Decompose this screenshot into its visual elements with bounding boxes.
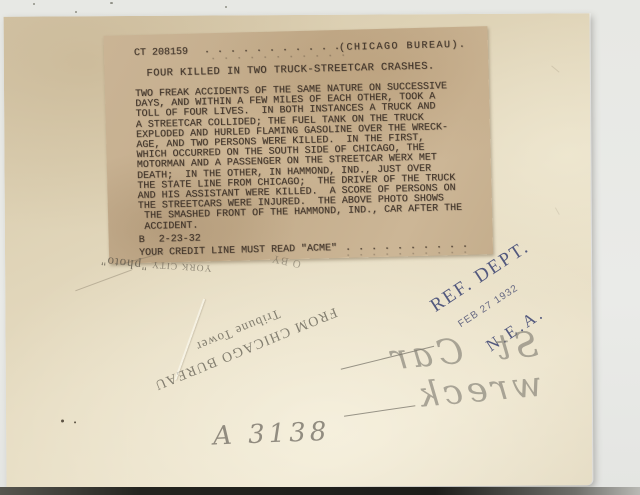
dust-speck xyxy=(225,6,227,8)
caption-label: CT 208159 . . . . . . . . . . . . . . . … xyxy=(104,26,494,264)
dust-speck xyxy=(75,11,77,13)
table-edge-shadow xyxy=(0,487,640,495)
catalog-number: A 3138 xyxy=(213,417,331,452)
caption-headline: FOUR KILLED IN TWO TRUCK-STREETCAR CRASH… xyxy=(146,61,434,80)
credit-dots-echo: . . . . . . . . . . xyxy=(345,246,469,260)
credit-instruction: YOUR CREDIT LINE MUST READ "ACME" xyxy=(139,243,337,259)
paper-scuff xyxy=(555,207,560,214)
paper-scuff xyxy=(551,65,559,72)
paper-crease xyxy=(75,269,132,291)
dust-speck xyxy=(110,2,113,4)
file-letter: B xyxy=(139,235,145,246)
dust-speck xyxy=(33,3,35,5)
photo-id-number: CT 208159 xyxy=(134,47,188,59)
paper-blemish xyxy=(61,419,64,422)
caption-body: TWO FREAK ACCIDENTS OF THE SAME NATURE O… xyxy=(135,81,487,259)
photo-paper-back: CT 208159 . . . . . . . . . . . . . . . … xyxy=(4,13,593,489)
pencil-stroke xyxy=(344,405,415,417)
scanned-photo-verso: CT 208159 . . . . . . . . . . . . . . . … xyxy=(0,0,640,495)
bureau-tag: (CHICAGO BUREAU). xyxy=(339,40,467,54)
caption-header: CT 208159 . . . . . . . . . . . . . . . … xyxy=(134,39,480,60)
paper-blemish xyxy=(74,421,76,423)
header-dots-echo: . . . . . . . . . . . xyxy=(210,49,347,63)
